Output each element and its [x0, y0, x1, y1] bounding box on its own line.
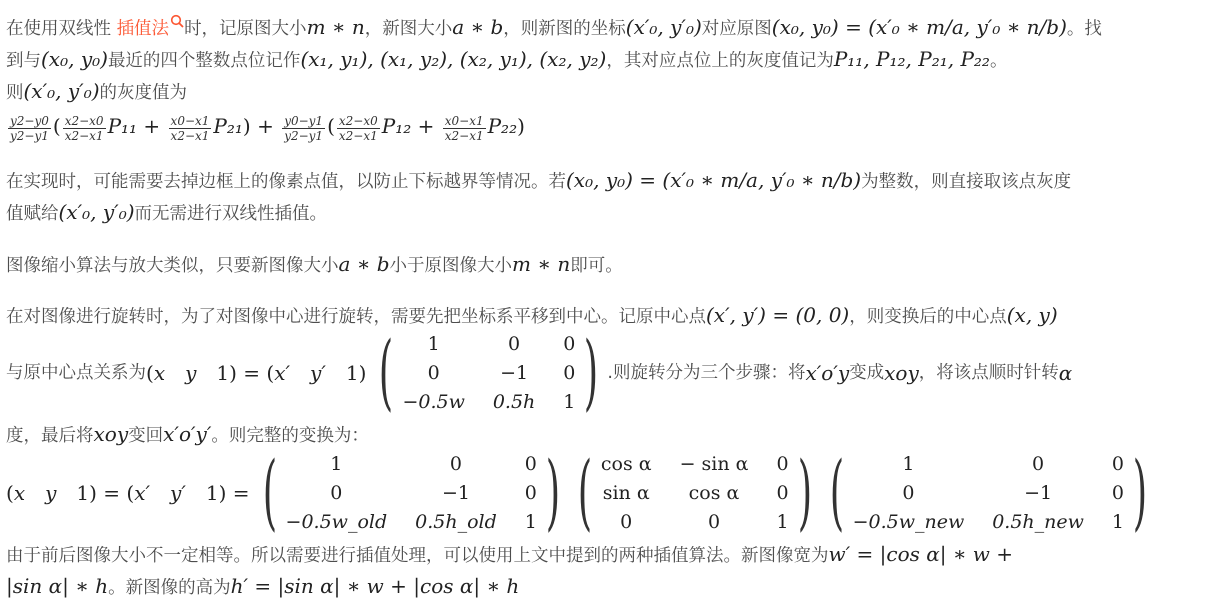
math-gray-values: P₁₁, P₁₂, P₂₁, P₂₂ [834, 47, 990, 71]
math-new-height: h′ = |sin α| ∗ w + |cos α| ∗ h [231, 574, 520, 598]
translation-matrix-old: ( 100 0−10 −0.5w_old0.5h_old1 ) [254, 451, 569, 536]
math-coord: (x′₀, y′₀) [24, 79, 100, 103]
paragraph-shrink: 图像缩小算法与放大类似，只要新图像大小a ∗ b小于原图像大小m ∗ n即可。 [6, 251, 623, 279]
text: 时，记原图大小 [184, 19, 307, 39]
math-p21: P₂₁ [213, 114, 243, 138]
text: 则 [6, 83, 24, 103]
formula-bilinear: y2−y0y2−y1(x2−x0x2−x1P₁₁ + x0−x1x2−x1P₂₁… [6, 108, 525, 146]
paragraph-bilinear-line3: 则(x′₀, y′₀)的灰度值为 [6, 78, 187, 106]
text: 为整数，则直接取该点灰度 [861, 172, 1071, 192]
text: 在对图像进行旋转时，为了对图像中心进行旋转，需要先把坐标系平移到中心。记原中心点 [6, 307, 706, 327]
fraction: x0−x1x2−x1 [443, 114, 486, 143]
text: 与原中心点关系为 [6, 360, 146, 386]
text: ，将该点顺时针转 [919, 360, 1059, 386]
math-new-width-cont: |sin α| ∗ h [6, 574, 108, 598]
math-new-size: a ∗ b [339, 252, 390, 276]
link-text[interactable]: 插值法 [117, 19, 170, 39]
paragraph-implementation-line2: 值赋给(x′₀, y′₀)而无需进行双线性插值。 [6, 199, 327, 227]
fraction: y0−y1y2−y1 [282, 114, 325, 143]
fraction: x0−x1x2−x1 [169, 114, 212, 143]
text: .则旋转分为三个步骤：将 [607, 360, 805, 386]
text: 变回 [128, 426, 163, 446]
paragraph-rotation-line1: 在对图像进行旋转时，为了对图像中心进行旋转，需要先把坐标系平移到中心。记原中心点… [6, 302, 1058, 330]
text: 。则完整的变换为： [211, 426, 369, 446]
fraction: y2−y0y2−y1 [8, 114, 51, 143]
math-system: x′o′y [805, 360, 849, 386]
text: ，则新图的坐标 [503, 19, 626, 39]
math-alpha: α [1059, 360, 1073, 386]
text: ，新图大小 [365, 19, 453, 39]
formula-full-transform: (xy1) = (x′y′1) = ( 100 0−10 −0.5w_old0.… [6, 446, 1156, 540]
math-four-points: (x₁, y₁), (x₁, y₂), (x₂, y₁), (x₂, y₂) [300, 47, 606, 71]
math-new-width: w′ = |cos α| ∗ w + [829, 542, 1014, 566]
text: 度，最后将 [6, 426, 94, 446]
text: 变成 [849, 360, 884, 386]
paragraph-bilinear-line2: 到与(x₀, y₀)最近的四个整数点位记作(x₁, y₁), (x₁, y₂),… [6, 46, 1007, 74]
math-new-size: a ∗ b [452, 15, 503, 39]
text: 而无需进行双线性插值。 [135, 204, 328, 224]
text: 在实现时，可能需要去掉边框上的像素点值，以防止下标越界等情况。若 [6, 172, 566, 192]
math-system: xoy [94, 422, 129, 446]
paragraph-rotation-line2: 与原中心点关系为 (xy1) = (x′y′1) ( 100 0−10 −0.5… [6, 330, 1072, 416]
math-mapping-formula: (x₀, y₀) = (x′₀ ∗ m/a, y′₀ ∗ n/b) [566, 168, 861, 192]
paragraph-new-size-line1: 由于前后图像大小不一定相等。所以需要进行插值处理，可以使用上文中提到的两种插值算… [6, 541, 1013, 569]
math-system: x′o′y′ [163, 422, 211, 446]
text: 即可。 [570, 256, 623, 276]
rotation-matrix: ( cos α− sin α0 sin αcos α0 001 ) [569, 451, 821, 536]
fraction: x2−x0x2−x1 [337, 114, 380, 143]
math-old-size: m ∗ n [307, 15, 365, 39]
text: 。新图像的高为 [108, 578, 231, 598]
text: 最近的四个整数点位记作 [108, 51, 301, 71]
math-p11: P₁₁ [108, 114, 138, 138]
text: 值赋给 [6, 204, 59, 224]
paragraph-bilinear-line1: 在使用双线性 插值法时，记原图大小m ∗ n，新图大小a ∗ b，则新图的坐标(… [6, 14, 1102, 42]
math-old-size: m ∗ n [512, 252, 570, 276]
text: 在使用双线性 [6, 19, 117, 39]
math-center-new: (x, y) [1007, 303, 1058, 327]
math-p22: P₂₂ [488, 114, 518, 138]
paragraph-rotation-line3: 度，最后将xoy变回x′o′y′。则完整的变换为： [6, 421, 369, 449]
math-system: xoy [884, 360, 919, 386]
text: 对应原图 [702, 19, 772, 39]
math-new-coord: (x′₀, y′₀) [626, 15, 702, 39]
paragraph-new-size-line2: |sin α| ∗ h。新图像的高为h′ = |sin α| ∗ w + |co… [6, 573, 519, 601]
translation-matrix: ( 100 0−10 −0.5w0.5h1 ) [370, 331, 607, 416]
math-center-formula: (x′, y′) = (0, 0) [706, 303, 849, 327]
text: 到与 [6, 51, 41, 71]
text: 。找 [1067, 19, 1102, 39]
math-p12: P₁₂ [382, 114, 412, 138]
search-icon[interactable] [170, 14, 184, 28]
text: 的灰度值为 [100, 83, 188, 103]
text: ，其对应点位上的灰度值记为 [606, 51, 834, 71]
fraction: x2−x0x2−x1 [63, 114, 106, 143]
text: 。 [990, 51, 1008, 71]
article-body: 在使用双线性 插值法时，记原图大小m ∗ n，新图大小a ∗ b，则新图的坐标(… [0, 0, 1209, 616]
text: ，则变换后的中心点 [849, 307, 1007, 327]
paragraph-implementation-line1: 在实现时，可能需要去掉边框上的像素点值，以防止下标越界等情况。若(x₀, y₀)… [6, 167, 1071, 195]
math-mapping-formula: (x₀, y₀) = (x′₀ ∗ m/a, y′₀ ∗ n/b) [772, 15, 1067, 39]
interpolation-link[interactable]: 插值法 [117, 19, 185, 39]
text: 由于前后图像大小不一定相等。所以需要进行插值处理，可以使用上文中提到的两种插值算… [6, 546, 829, 566]
text: 小于原图像大小 [390, 256, 513, 276]
math-point: (x₀, y₀) [41, 47, 108, 71]
translation-matrix-new: ( 100 0−10 −0.5w_new0.5h_new1 ) [821, 451, 1156, 536]
row-vector-lhs: (xy1) = (x′y′1) = [6, 480, 250, 506]
text: 图像缩小算法与放大类似，只要新图像大小 [6, 256, 339, 276]
row-vector-lhs: (xy1) = (x′y′1) [146, 360, 366, 386]
math-coord: (x′₀, y′₀) [59, 200, 135, 224]
